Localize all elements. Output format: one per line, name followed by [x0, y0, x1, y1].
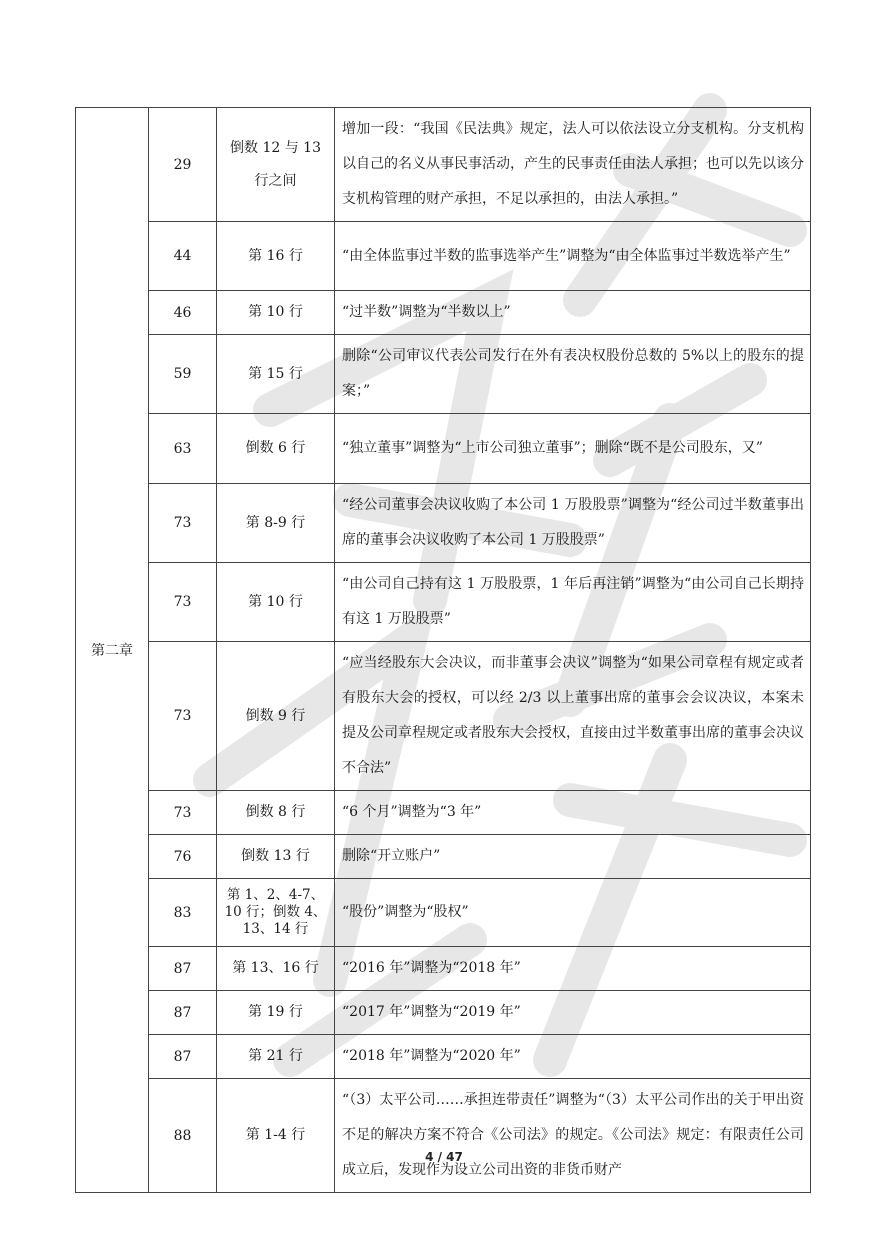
- table-row: 46 第 10 行 “过半数”调整为“半数以上”: [76, 291, 811, 335]
- description-cell: “股份”调整为“股权”: [335, 879, 811, 947]
- table-row: 63 倒数 6 行 “独立董事”调整为“上市公司独立董事”；删除“既不是公司股东…: [76, 414, 811, 484]
- page-cell: 73: [149, 484, 217, 563]
- table-row: 88 第 1-4 行 “（3）太平公司……承担连带责任”调整为“（3）太平公司作…: [76, 1079, 811, 1193]
- line-cell: 第 10 行: [217, 563, 335, 642]
- table-row: 87 第 19 行 “2017 年”调整为“2019 年”: [76, 991, 811, 1035]
- page-cell: 88: [149, 1079, 217, 1193]
- page-cell: 29: [149, 108, 217, 222]
- line-cell: 倒数 8 行: [217, 791, 335, 835]
- page-number: 4 / 47: [0, 1150, 888, 1164]
- table-row: 44 第 16 行 “由全体监事过半数的监事选举产生”调整为“由全体监事过半数选…: [76, 222, 811, 291]
- line-cell: 倒数 6 行: [217, 414, 335, 484]
- line-cell: 第 13、16 行: [217, 947, 335, 991]
- line-cell: 第 1、2、4-7、 10 行；倒数 4、 13、14 行: [217, 879, 335, 947]
- description-cell: “由全体监事过半数的监事选举产生”调整为“由全体监事过半数选举产生”: [335, 222, 811, 291]
- page-cell: 87: [149, 1035, 217, 1079]
- table-row: 83 第 1、2、4-7、 10 行；倒数 4、 13、14 行 “股份”调整为…: [76, 879, 811, 947]
- table-row: 59 第 15 行 删除“公司审议代表公司发行在外有表决权股份总数的 5%以上的…: [76, 335, 811, 414]
- table-row: 73 第 10 行 “由公司自己持有这 1 万股股票，1 年后再注销”调整为“由…: [76, 563, 811, 642]
- errata-table: 第二章 29 倒数 12 与 13 行之间 增加一段：“我国《民法典》规定，法人…: [75, 107, 811, 1193]
- page-cell: 83: [149, 879, 217, 947]
- page-cell: 87: [149, 991, 217, 1035]
- description-cell: 删除“开立账户”: [335, 835, 811, 879]
- description-cell: “2016 年”调整为“2018 年”: [335, 947, 811, 991]
- table-row: 87 第 13、16 行 “2016 年”调整为“2018 年”: [76, 947, 811, 991]
- table-row: 87 第 21 行 “2018 年”调整为“2020 年”: [76, 1035, 811, 1079]
- description-cell: “过半数”调整为“半数以上”: [335, 291, 811, 335]
- line-part: 第 1、2、4-7、: [217, 887, 334, 904]
- description-cell: 删除“公司审议代表公司发行在外有表决权股份总数的 5%以上的股东的提案；”: [335, 335, 811, 414]
- line-cell: 倒数 13 行: [217, 835, 335, 879]
- line-cell: 第 19 行: [217, 991, 335, 1035]
- line-part: 倒数 12 与 13: [217, 132, 334, 165]
- page-cell: 46: [149, 291, 217, 335]
- line-cell: 第 21 行: [217, 1035, 335, 1079]
- page-cell: 87: [149, 947, 217, 991]
- line-cell: 第 10 行: [217, 291, 335, 335]
- line-cell: 第 1-4 行: [217, 1079, 335, 1193]
- page-cell: 73: [149, 642, 217, 791]
- line-cell: 倒数 12 与 13 行之间: [217, 108, 335, 222]
- page-cell: 59: [149, 335, 217, 414]
- line-part: 行之间: [217, 165, 334, 198]
- table-row: 73 倒数 8 行 “6 个月”调整为“3 年”: [76, 791, 811, 835]
- line-cell: 第 8-9 行: [217, 484, 335, 563]
- table-row: 73 倒数 9 行 “应当经股东大会决议，而非董事会决议”调整为“如果公司章程有…: [76, 642, 811, 791]
- description-cell: “独立董事”调整为“上市公司独立董事”；删除“既不是公司股东，又”: [335, 414, 811, 484]
- line-cell: 第 15 行: [217, 335, 335, 414]
- page-cell: 63: [149, 414, 217, 484]
- page-cell: 44: [149, 222, 217, 291]
- description-cell: “应当经股东大会决议，而非董事会决议”调整为“如果公司章程有规定或者有股东大会的…: [335, 642, 811, 791]
- page-cell: 73: [149, 791, 217, 835]
- line-part: 10 行；倒数 4、: [217, 904, 334, 921]
- table-row: 第二章 29 倒数 12 与 13 行之间 增加一段：“我国《民法典》规定，法人…: [76, 108, 811, 222]
- description-cell: 增加一段：“我国《民法典》规定，法人可以依法设立分支机构。分支机构以自己的名义从…: [335, 108, 811, 222]
- page-cell: 73: [149, 563, 217, 642]
- description-cell: “由公司自己持有这 1 万股股票，1 年后再注销”调整为“由公司自己长期持有这 …: [335, 563, 811, 642]
- line-cell: 第 16 行: [217, 222, 335, 291]
- table-row: 76 倒数 13 行 删除“开立账户”: [76, 835, 811, 879]
- table-row: 73 第 8-9 行 “经公司董事会决议收购了本公司 1 万股股票”调整为“经公…: [76, 484, 811, 563]
- description-cell: “2018 年”调整为“2020 年”: [335, 1035, 811, 1079]
- description-cell: “经公司董事会决议收购了本公司 1 万股股票”调整为“经公司过半数董事出席的董事…: [335, 484, 811, 563]
- description-cell: “6 个月”调整为“3 年”: [335, 791, 811, 835]
- chapter-cell: 第二章: [76, 108, 149, 1193]
- page-cell: 76: [149, 835, 217, 879]
- line-part: 13、14 行: [217, 921, 334, 938]
- line-cell: 倒数 9 行: [217, 642, 335, 791]
- description-cell: “2017 年”调整为“2019 年”: [335, 991, 811, 1035]
- description-cell: “（3）太平公司……承担连带责任”调整为“（3）太平公司作出的关于甲出资不足的解…: [335, 1079, 811, 1193]
